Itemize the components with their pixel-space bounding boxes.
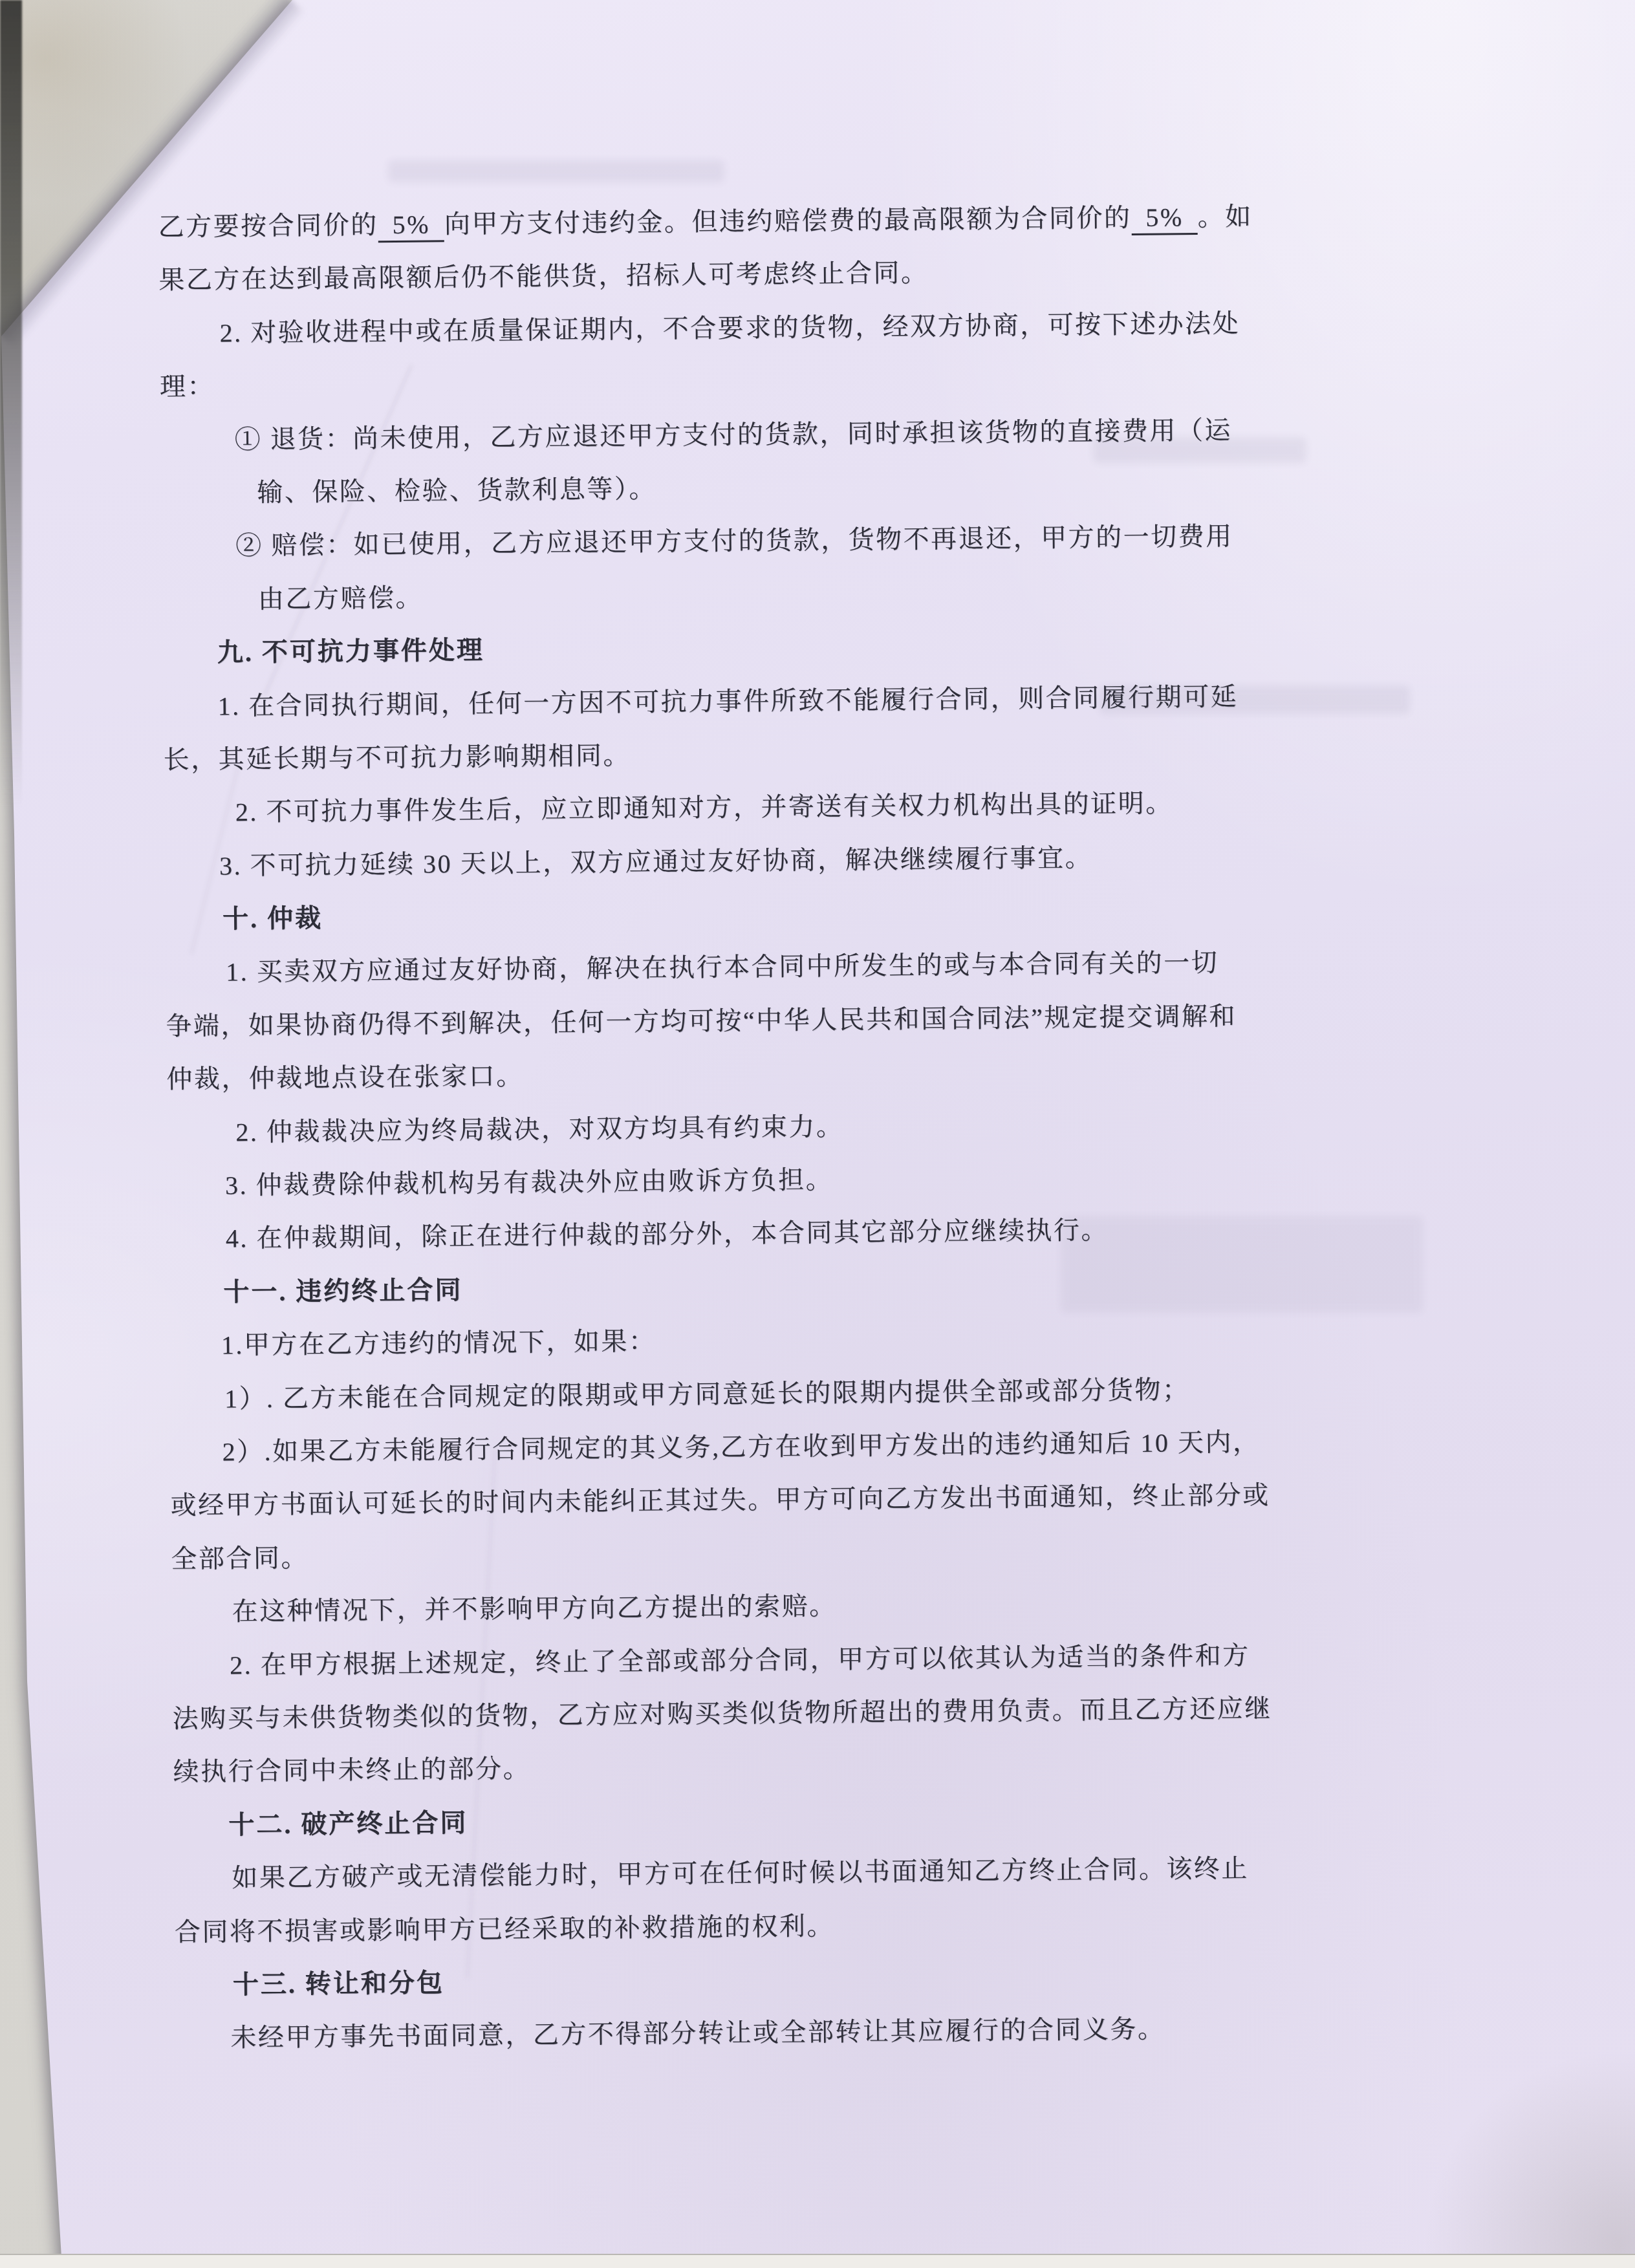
text-segment: 合同将不损害或影响甲方已经采取的补救措施的权利。 (175, 1911, 834, 1947)
text-segment: 仲裁，仲裁地点设在张家口。 (166, 1061, 524, 1094)
scanner-edge-shadow (0, 0, 22, 808)
text-segment: 2. 仲裁裁决应为终局裁决，对双方均具有约束力。 (235, 1112, 843, 1147)
text-segment: 4. 在仲裁期间，除正在进行仲裁的部分外，本合同其它部分应继续执行。 (226, 1216, 1109, 1253)
text-segment: 果乙方在达到最高限额后仍不能供货，招标人可考虑终止合同。 (158, 258, 928, 294)
text-segment: 争端，如果协商仍得不到解决，任何一方均可按“中华人民共和国合同法”规定提交调解和 (166, 1001, 1237, 1041)
text-segment: 续执行合同中未终止的部分。 (173, 1754, 530, 1786)
text-segment: 或经甲方书面认可延长的时间内未能纠正其过失。甲方可向乙方发出书面通知，终止部分或 (170, 1480, 1270, 1520)
text-segment: 十三. 转让和分包 (233, 1968, 444, 1999)
text-segment: 3. 仲裁费除仲裁机构另有裁决外应由败诉方负担。 (225, 1165, 833, 1200)
text-segment: 十. 仲裁 (222, 903, 323, 933)
text-segment: 理： (160, 372, 215, 402)
text-segment: 1）. 乙方未能在合同规定的限期或甲方同意延长的限期内提供全部或部分货物； (224, 1375, 1190, 1413)
text-segment: 2. 在甲方根据上述规定，终止了全部或部分合同，甲方可以依其认为适当的条件和方 (230, 1641, 1250, 1679)
text-segment: 输、保险、检验、货款利息等）。 (257, 474, 656, 507)
text-segment: 十二. 破产终止合同 (228, 1808, 468, 1840)
text-segment: ② 赔偿：如已使用，乙方应退还甲方支付的货款，货物不再退还，甲方的一切费用 (235, 522, 1233, 561)
text-segment: 未经甲方事先书面同意，乙方不得部分转让或全部转让其应履行的合同义务。 (230, 2014, 1165, 2053)
text-segment: 由乙方赔偿。 (258, 583, 423, 613)
text-segment: 乙方要按合同价的 (158, 210, 378, 241)
contract-paper: 乙方要按合同价的5%向甲方支付违约金。但违约赔偿费的最高限额为合同价的5%。如果… (0, 0, 1635, 2268)
text-segment: 3. 不可抗力延续 30 天以上，双方应通过友好协商，解决继续履行事宜。 (219, 843, 1092, 880)
scanned-page: 乙方要按合同价的5%向甲方支付违约金。但违约赔偿费的最高限额为合同价的5%。如果… (0, 0, 1635, 2268)
text-segment: 2）.如果乙方未能履行合同规定的其义务,乙方在收到甲方发出的违约通知后 10 天… (222, 1427, 1260, 1466)
text-segment: 长，其延长期与不可抗力影响期相同。 (163, 740, 631, 774)
text-segment: 法购买与未供货物类似的货物，乙方应对购买类似货物所超出的费用负责。而且乙方还应继 (173, 1694, 1272, 1733)
text-segment: 九. 不可抗力事件处理 (217, 636, 484, 667)
text-segment: 1.甲方在乙方违约的情况下，如果： (221, 1326, 656, 1359)
text-segment: 十一. 违约终止合同 (223, 1275, 462, 1307)
text-segment: 向甲方支付违约金。但违约赔偿费的最高限额为合同价的 (444, 203, 1132, 239)
text-segment: 1. 买卖双方应通过友好协商，解决在执行本合同中所发生的或与本合同有关的一切 (226, 948, 1218, 987)
text-segment: 。如 (1197, 202, 1252, 232)
scanner-edge-bottom (0, 2254, 1635, 2268)
text-segment: 如果乙方破产或无清偿能力时，甲方可在任何时候以书面通知乙方终止合同。该终止 (232, 1853, 1249, 1892)
text-segment: 1. 在合同执行期间，任何一方因不可抗力事件所致不能履行合同，则合同履行期可延 (217, 682, 1238, 720)
text-segment: ① 退货：尚未使用，乙方应退还甲方支付的货款，同时承担该货物的直接费用（运 (234, 415, 1232, 454)
text-segment: 2. 对验收进程中或在质量保证期内，不合要求的货物，经双方协商，可按下述办法处 (219, 308, 1240, 347)
filled-blank-value: 5% (378, 210, 444, 243)
bleed-through-mark (388, 160, 724, 182)
text-segment: 全部合同。 (171, 1543, 309, 1573)
text-segment: 2. 不可抗力事件发生后，应立即通知对方，并寄送有关权力机构出具的证明。 (235, 789, 1173, 827)
text-block: 乙方要按合同价的5%向甲方支付违约金。但违约赔偿费的最高限额为合同价的5%。如果… (158, 188, 1573, 2066)
text-segment: 在这种情况下，并不影响甲方向乙方提出的索赔。 (232, 1592, 836, 1626)
filled-blank-value: 5% (1131, 202, 1198, 235)
